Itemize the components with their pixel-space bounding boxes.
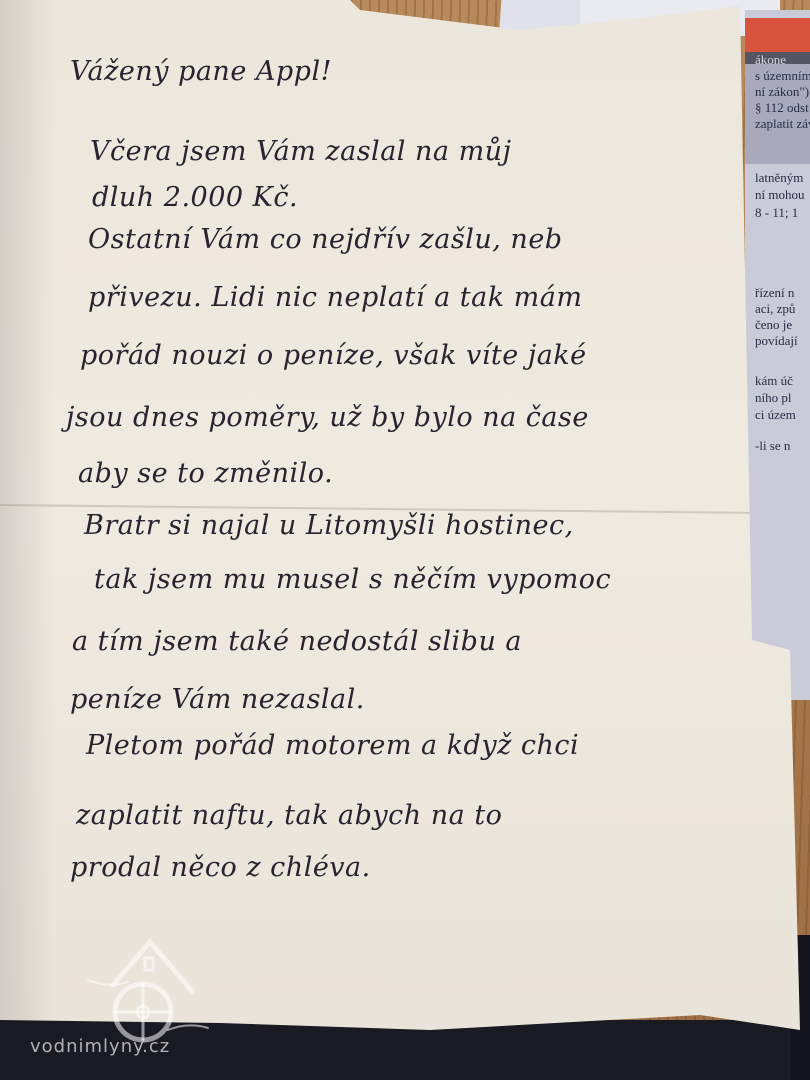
- printed-line: ákone: [755, 52, 786, 68]
- letter-line: a tím jsem také nedostál slibu a: [72, 626, 522, 657]
- printed-line: ci územ: [755, 407, 796, 423]
- printed-line: povídají: [755, 333, 798, 349]
- letter-line: Včera jsem Vám zaslal na můj: [90, 136, 511, 167]
- printed-line: ní zákon"): [755, 84, 809, 100]
- document-red-header: [745, 18, 810, 52]
- letter-line: peníze Vám nezaslal.: [70, 684, 365, 715]
- letter-line: tak jsem mu musel s něčím vypomoc: [94, 564, 611, 595]
- letter-greeting: Vážený pane Appl!: [70, 56, 332, 87]
- letter-line: Bratr si najal u Litomyšli hostinec,: [84, 510, 574, 541]
- letter-line: aby se to změnilo.: [78, 458, 333, 489]
- printed-line: ního pl: [755, 390, 791, 406]
- printed-line: řízení n: [755, 285, 794, 301]
- letter-line: dluh 2.000 Kč.: [92, 182, 298, 213]
- printed-line: -li se n: [755, 438, 790, 454]
- printed-line: 8 - 11; 1: [755, 205, 798, 221]
- watermark-text: vodnimlyny.cz: [30, 1036, 170, 1057]
- printed-line: s územním: [755, 68, 810, 84]
- letter-line: Ostatní Vám co nejdřív zašlu, neb: [88, 224, 563, 255]
- letter-line: zaplatit naftu, tak abych na to: [76, 800, 502, 831]
- printed-line: aci, způ: [755, 301, 795, 317]
- letter-line: Pletom pořád motorem a když chci: [86, 730, 579, 761]
- printed-line: zaplatit záv: [755, 116, 810, 132]
- printed-line: § 112 odst: [755, 100, 809, 116]
- letter-line: prodal něco z chléva.: [70, 852, 371, 883]
- letter-line: přivezu. Lidi nic neplatí a tak mám: [88, 282, 582, 313]
- letter-line: jsou dnes poměry, už by bylo na čase: [66, 402, 589, 433]
- printed-document: ákone s územním ní zákon") § 112 odst za…: [745, 10, 810, 700]
- handwritten-letter: Vážený pane Appl! Včera jsem Vám zaslal …: [0, 0, 800, 1030]
- printed-line: ní mohou: [755, 187, 804, 203]
- letter-line: pořád nouzi o peníze, však víte jaké: [80, 340, 587, 371]
- printed-line: latněným: [755, 170, 803, 186]
- printed-line: čeno je: [755, 317, 792, 333]
- paper-shadow: [0, 0, 55, 1020]
- printed-line: kám úč: [755, 373, 793, 389]
